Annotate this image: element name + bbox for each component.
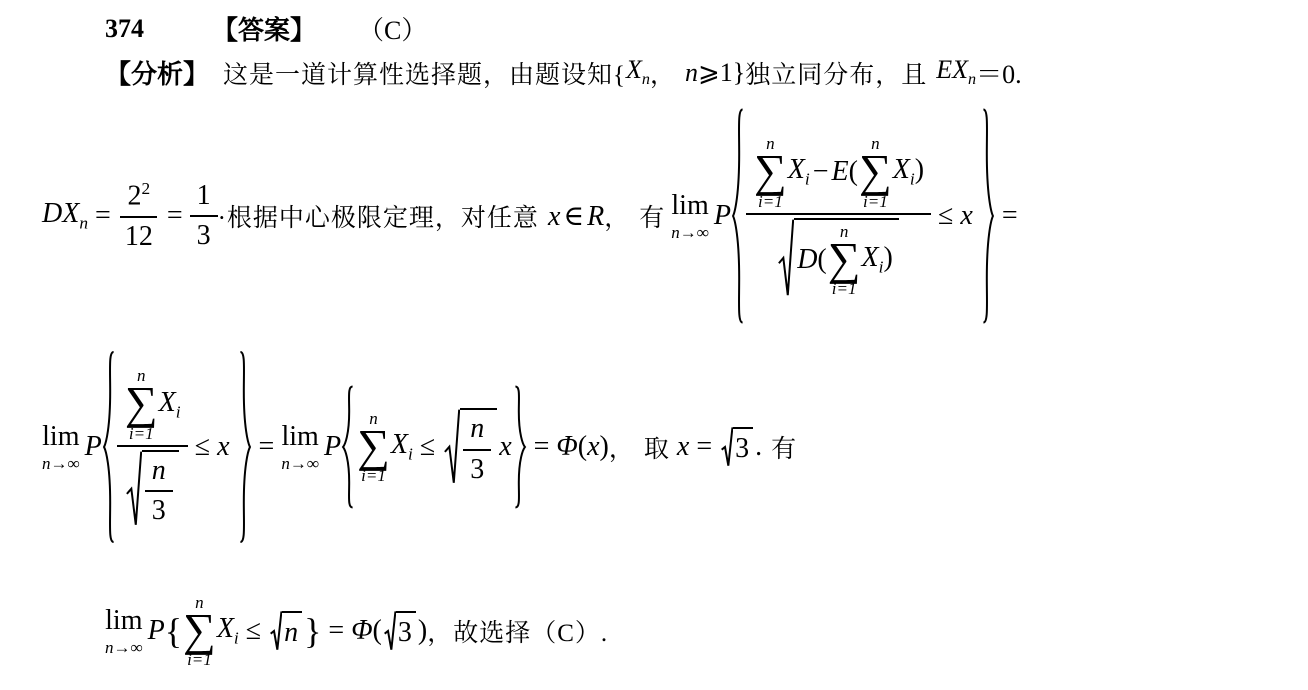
summation: n ∑ i=1 <box>859 135 892 210</box>
leq-x: ≤ x <box>195 431 230 463</box>
numerator: n ∑ i=1 Xi <box>117 367 188 447</box>
X-sub-i-close: Xi) <box>893 154 924 190</box>
answer-value: （C） <box>358 10 427 47</box>
analysis-line: 【分析】 这是一道计算性选择题，由题设知{ Xn ， n ⩾1} 独立同分布，且… <box>105 54 1022 91</box>
equals: = <box>167 200 183 232</box>
phi-of-x: Φ(x) <box>556 431 608 463</box>
limit-operator: lim n→∞ <box>671 192 709 241</box>
limit-operator: lim n→∞ <box>42 423 80 472</box>
radical-sign <box>721 427 733 467</box>
xn-inline: Xn <box>626 55 650 89</box>
denominator: n 3 <box>117 447 188 527</box>
radical-sqrt-n: n <box>270 611 302 651</box>
left-brace <box>102 348 117 546</box>
denominator: 3 <box>463 451 491 486</box>
formula-limit-chain: lim n→∞ P n ∑ i=1 Xi <box>42 342 797 552</box>
radical-sign <box>444 408 460 485</box>
X-sub-i-close: Xi) <box>862 242 893 278</box>
comma: ， <box>609 429 635 465</box>
formula-clt: DXn = 22 12 = 1 3 ·根据中心极限定理，对任意 x∈R ， 有 … <box>42 98 1025 334</box>
braced-expression-1: n ∑ i=1 Xi n 3 <box>102 348 252 546</box>
right-brace: } <box>304 613 321 649</box>
E-open: E( <box>832 156 858 188</box>
probability-P: P <box>324 431 341 463</box>
right-brace <box>237 348 252 546</box>
X-sub-i: Xi <box>788 154 810 190</box>
fraction-n-over-3: n 3 <box>463 413 491 485</box>
equals-zero: ＝0. <box>976 54 1022 91</box>
conclusion-text: ，故选择（C）. <box>427 613 608 649</box>
answer-label: 【答案】 <box>212 10 316 47</box>
denominator: 3 <box>145 492 173 527</box>
radicand: n 3 <box>142 450 179 527</box>
probability-P: P <box>148 615 165 647</box>
close-paren: ) <box>418 615 427 647</box>
x-factor: x <box>499 431 511 463</box>
braced-expression-2: n ∑ i=1 Xi ≤ n 3 x <box>341 384 527 510</box>
limit-operator: lim n→∞ <box>105 607 143 656</box>
radical-sqrt3: 3 <box>721 427 753 467</box>
radicand: 3 <box>733 427 753 467</box>
equals: = <box>1002 200 1018 232</box>
sum-over-sqrt-fraction: n ∑ i=1 Xi n 3 <box>117 367 188 527</box>
right-brace <box>980 105 995 327</box>
clt-text: ·根据中心极限定理，对任意 <box>218 198 539 234</box>
leq-x: ≤ x <box>938 200 973 232</box>
numerator: 22 <box>120 179 157 218</box>
X-sub-i: Xi <box>159 387 181 423</box>
radicand: n <box>282 611 302 651</box>
fraction-1-over-3: 1 3 <box>190 180 218 252</box>
problem-number: 374 <box>105 14 144 44</box>
x-in-R: x∈R <box>548 199 604 233</box>
equals: = <box>95 200 111 232</box>
denominator: 12 <box>118 218 160 253</box>
leq: ≤ <box>246 615 261 647</box>
right-brace <box>512 384 527 510</box>
radical-sign <box>778 218 794 298</box>
analysis-text-1: 这是一道计算性选择题，由题设知{ <box>223 55 626 91</box>
analysis-label: 【分析】 <box>105 54 209 91</box>
equals: = <box>696 431 712 463</box>
radical-sign <box>270 611 282 651</box>
X-sub-i: Xi <box>217 613 239 649</box>
left-brace <box>341 384 356 510</box>
left-brace <box>731 105 746 327</box>
summation: n ∑ i=1 <box>125 367 158 442</box>
numerator: n <box>145 455 173 492</box>
x-var: x <box>677 431 689 463</box>
equals: = <box>328 615 344 647</box>
limit-operator: lim n→∞ <box>281 423 319 472</box>
radical: n 3 <box>444 408 497 485</box>
denominator: D( n ∑ i=1 Xi) <box>769 215 908 298</box>
exn-inline: EXn <box>936 55 976 89</box>
numerator: n <box>463 413 491 450</box>
summation: n ∑ i=1 <box>828 223 861 298</box>
radical-sign <box>126 450 142 527</box>
standardized-sum-fraction: n ∑ i=1 Xi − E( n ∑ i=1 Xi) <box>746 135 931 298</box>
probability-P: P <box>85 431 102 463</box>
leq: ≤ <box>420 431 435 463</box>
summation: n ∑ i=1 <box>183 594 216 669</box>
radical-sqrt3: 3 <box>384 611 416 651</box>
period: . <box>755 431 762 463</box>
D-open: D( <box>797 244 827 276</box>
have-text: 有 <box>639 198 665 234</box>
summation: n ∑ i=1 <box>754 135 787 210</box>
math-solution-page: { "colors": {"background": "#ffffff", "t… <box>0 0 1308 690</box>
n-inline: n <box>685 58 698 88</box>
numerator: n ∑ i=1 Xi − E( n ∑ i=1 Xi) <box>746 135 931 215</box>
fraction-n-over-3: n 3 <box>145 455 173 527</box>
geq-one: ⩾1} <box>698 58 745 88</box>
minus: − <box>813 156 829 188</box>
left-brace: { <box>165 613 182 649</box>
denominator: 3 <box>190 217 218 252</box>
radical: D( n ∑ i=1 Xi) <box>778 218 899 298</box>
analysis-text-2: 独立同分布，且 <box>745 55 927 91</box>
radicand: D( n ∑ i=1 Xi) <box>794 218 899 298</box>
fraction-2sq-over-12: 22 12 <box>118 179 160 253</box>
radical: n 3 <box>126 450 179 527</box>
radical-sign <box>384 611 396 651</box>
radicand: n 3 <box>460 408 497 485</box>
phi-open: Φ( <box>351 615 382 647</box>
take-text: 取 <box>644 429 670 465</box>
X-sub-i: Xi <box>391 429 413 465</box>
dxn-term: DXn <box>42 198 88 234</box>
equals: = <box>259 431 275 463</box>
probability-P: P <box>714 200 731 232</box>
formula-conclusion: lim n→∞ P { n ∑ i=1 Xi ≤ n } = Φ( 3 ) ，故… <box>105 572 608 690</box>
numerator: 1 <box>190 180 218 217</box>
comma: ， <box>604 198 630 234</box>
summation: n ∑ i=1 <box>357 410 390 485</box>
equals: = <box>534 431 550 463</box>
radicand: 3 <box>396 611 416 651</box>
have-text: 有 <box>771 429 797 465</box>
braced-clt-expression: n ∑ i=1 Xi − E( n ∑ i=1 Xi) <box>731 105 995 327</box>
comma: ， <box>650 55 676 91</box>
answer-line: 374 【答案】 （C） <box>105 10 427 47</box>
